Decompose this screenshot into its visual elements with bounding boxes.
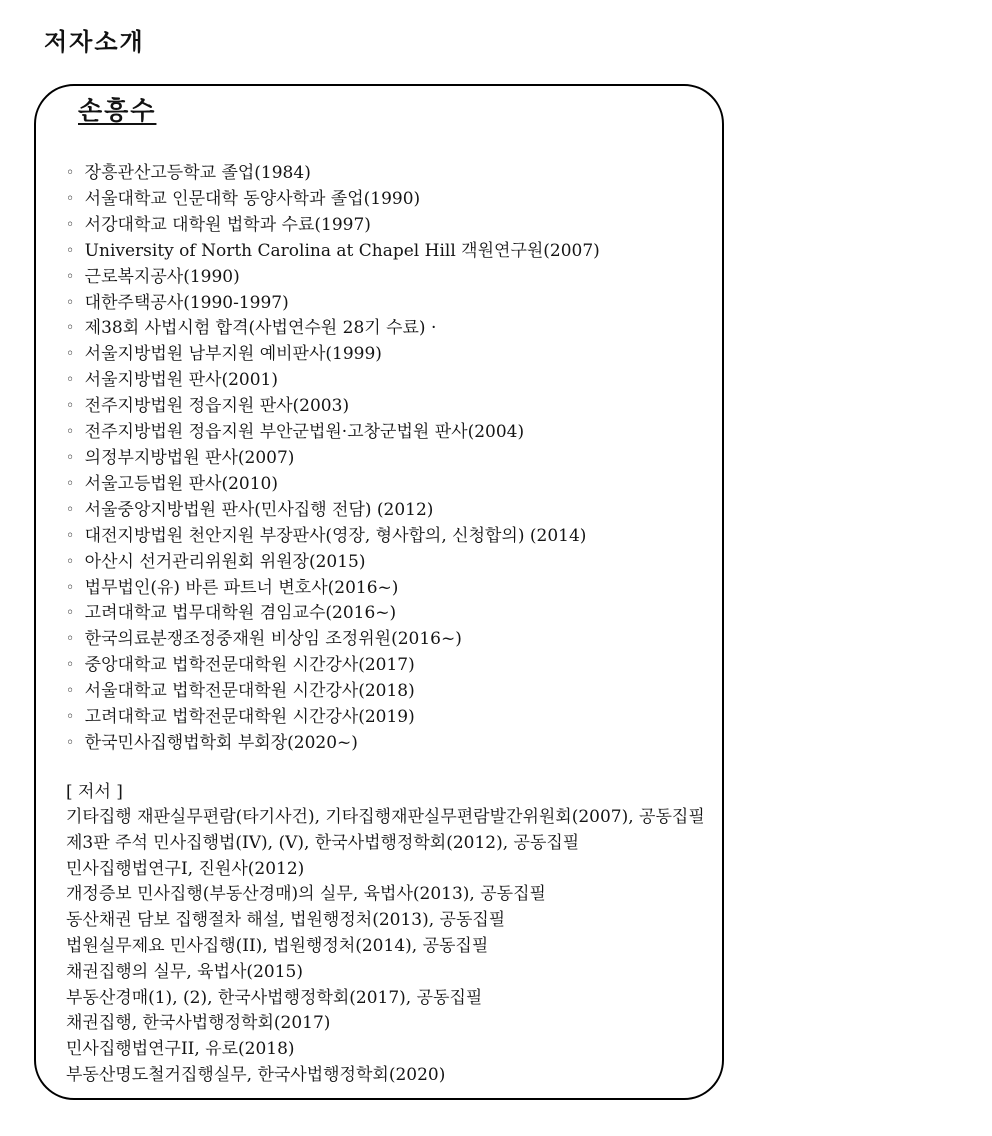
career-item: ◦ 서울중앙지방법원 판사(민사집행 전담) (2012) bbox=[66, 498, 712, 524]
career-item: ◦ 법무법인(유) 바른 파트너 변호사(2016~) bbox=[66, 576, 712, 602]
career-item: ◦ 고려대학교 법무대학원 겸임교수(2016~) bbox=[66, 601, 712, 627]
career-item-text: 아산시 선거관리위원회 위원장(2015) bbox=[85, 552, 366, 572]
book-item: 민사집행법연구II, 유로(2018) bbox=[66, 1037, 712, 1063]
career-item-text: 의정부지방법원 판사(2007) bbox=[85, 448, 295, 468]
book-item: 채권집행, 한국사법행정학회(2017) bbox=[66, 1011, 712, 1037]
career-item: ◦ 서울지방법원 판사(2001) bbox=[66, 368, 712, 394]
career-item-text: University of North Carolina at Chapel H… bbox=[85, 241, 600, 261]
career-item: ◦ 서울대학교 법학전문대학원 시간강사(2018) bbox=[66, 679, 712, 705]
bullet-icon: ◦ bbox=[66, 265, 74, 291]
author-name: 손흥수 bbox=[78, 91, 156, 127]
career-item: ◦ 한국의료분쟁조정중재원 비상임 조정위원(2016~) bbox=[66, 627, 712, 653]
bullet-icon: ◦ bbox=[66, 679, 74, 705]
bullet-icon: ◦ bbox=[66, 576, 74, 602]
bullet-icon: ◦ bbox=[66, 705, 74, 731]
bullet-icon: ◦ bbox=[66, 524, 74, 550]
bullet-icon: ◦ bbox=[66, 187, 74, 213]
career-item: ◦ 근로복지공사(1990) bbox=[66, 265, 712, 291]
bullet-icon: ◦ bbox=[66, 213, 74, 239]
book-item-text: 민사집행법연구I, 진원사(2012) bbox=[66, 859, 304, 879]
book-item: 기타집행 재판실무편람(타기사건), 기타집행재판실무편람발간위원회(2007)… bbox=[66, 805, 712, 831]
book-item-text: 법원실무제요 민사집행(II), 법원행정처(2014), 공동집필 bbox=[66, 936, 488, 956]
career-item-text: 서울대학교 인문대학 동양사학과 졸업(1990) bbox=[85, 189, 421, 209]
career-item: ◦ 서울지방법원 남부지원 예비판사(1999) bbox=[66, 342, 712, 368]
career-item-text: 장흥관산고등학교 졸업(1984) bbox=[85, 163, 311, 183]
career-item: ◦ 서울대학교 인문대학 동양사학과 졸업(1990) bbox=[66, 187, 712, 213]
bullet-icon: ◦ bbox=[66, 161, 74, 187]
career-item: ◦ 고려대학교 법학전문대학원 시간강사(2019) bbox=[66, 705, 712, 731]
career-item: ◦ 중앙대학교 법학전문대학원 시간강사(2017) bbox=[66, 653, 712, 679]
books-section-header: [ 저서 ] bbox=[66, 780, 123, 805]
bullet-icon: ◦ bbox=[66, 368, 74, 394]
career-item-text: 서강대학교 대학원 법학과 수료(1997) bbox=[85, 215, 371, 235]
page-title: 저자소개 bbox=[44, 22, 145, 57]
book-item-text: 제3판 주석 민사집행법(IV), (V), 한국사법행정학회(2012), 공… bbox=[66, 833, 579, 853]
career-item: ◦ 전주지방법원 정읍지원 판사(2003) bbox=[66, 394, 712, 420]
bullet-icon: ◦ bbox=[66, 498, 74, 524]
career-item-text: 서울대학교 법학전문대학원 시간강사(2018) bbox=[85, 681, 415, 701]
career-item-text: 한국민사집행법학회 부회장(2020~) bbox=[85, 733, 358, 753]
books-list: 기타집행 재판실무편람(타기사건), 기타집행재판실무편람발간위원회(2007)… bbox=[66, 805, 712, 1089]
book-item-text: 부동산명도철거집행실무, 한국사법행정학회(2020) bbox=[66, 1065, 445, 1085]
bullet-icon: ◦ bbox=[66, 291, 74, 317]
bullet-icon: ◦ bbox=[66, 342, 74, 368]
career-list: ◦ 장흥관산고등학교 졸업(1984) ◦ 서울대학교 인문대학 동양사학과 졸… bbox=[66, 161, 712, 757]
career-item-text: 근로복지공사(1990) bbox=[85, 267, 240, 287]
bullet-icon: ◦ bbox=[66, 316, 74, 342]
career-item-text: 서울중앙지방법원 판사(민사집행 전담) (2012) bbox=[85, 500, 434, 520]
bullet-icon: ◦ bbox=[66, 731, 74, 757]
career-item: ◦ 장흥관산고등학교 졸업(1984) bbox=[66, 161, 712, 187]
career-item: ◦ 대전지방법원 천안지원 부장판사(영장, 형사합의, 신청합의) (2014… bbox=[66, 524, 712, 550]
document-page: 저자소개 손흥수 ◦ 장흥관산고등학교 졸업(1984) ◦ 서울대학교 인문대… bbox=[0, 0, 992, 1136]
career-item-text: 고려대학교 법무대학원 겸임교수(2016~) bbox=[85, 603, 397, 623]
career-item: ◦ 의정부지방법원 판사(2007) bbox=[66, 446, 712, 472]
book-item-text: 채권집행의 실무, 육법사(2015) bbox=[66, 962, 303, 982]
career-item: ◦ 아산시 선거관리위원회 위원장(2015) bbox=[66, 550, 712, 576]
bullet-icon: ◦ bbox=[66, 550, 74, 576]
bullet-icon: ◦ bbox=[66, 239, 74, 265]
book-item: 법원실무제요 민사집행(II), 법원행정처(2014), 공동집필 bbox=[66, 934, 712, 960]
book-item-text: 민사집행법연구II, 유로(2018) bbox=[66, 1039, 295, 1059]
book-item: 부동산경매(1), (2), 한국사법행정학회(2017), 공동집필 bbox=[66, 986, 712, 1012]
bullet-icon: ◦ bbox=[66, 394, 74, 420]
career-item: ◦ 전주지방법원 정읍지원 부안군법원·고창군법원 판사(2004) bbox=[66, 420, 712, 446]
bullet-icon: ◦ bbox=[66, 601, 74, 627]
bullet-icon: ◦ bbox=[66, 446, 74, 472]
book-item: 민사집행법연구I, 진원사(2012) bbox=[66, 857, 712, 883]
book-item: 채권집행의 실무, 육법사(2015) bbox=[66, 960, 712, 986]
bullet-icon: ◦ bbox=[66, 472, 74, 498]
career-item-text: 전주지방법원 정읍지원 부안군법원·고창군법원 판사(2004) bbox=[85, 422, 524, 442]
bullet-icon: ◦ bbox=[66, 653, 74, 679]
career-item-text: 중앙대학교 법학전문대학원 시간강사(2017) bbox=[85, 655, 415, 675]
bullet-icon: ◦ bbox=[66, 420, 74, 446]
career-item-text: 법무법인(유) 바른 파트너 변호사(2016~) bbox=[85, 578, 399, 598]
book-item: 부동산명도철거집행실무, 한국사법행정학회(2020) bbox=[66, 1063, 712, 1089]
career-item-text: 서울지방법원 판사(2001) bbox=[85, 370, 278, 390]
career-item-text: 서울지방법원 남부지원 예비판사(1999) bbox=[85, 344, 382, 364]
career-item-text: 전주지방법원 정읍지원 판사(2003) bbox=[85, 396, 349, 416]
career-item: ◦ University of North Carolina at Chapel… bbox=[66, 239, 712, 265]
author-box: 손흥수 ◦ 장흥관산고등학교 졸업(1984) ◦ 서울대학교 인문대학 동양사… bbox=[34, 84, 724, 1100]
book-item: 동산채권 담보 집행절차 해설, 법원행정처(2013), 공동집필 bbox=[66, 908, 712, 934]
career-item-text: 서울고등법원 판사(2010) bbox=[85, 474, 278, 494]
career-item: ◦ 대한주택공사(1990-1997) bbox=[66, 291, 712, 317]
book-item-text: 부동산경매(1), (2), 한국사법행정학회(2017), 공동집필 bbox=[66, 988, 482, 1008]
career-item-text: 제38회 사법시험 합격(사법연수원 28기 수료) · bbox=[85, 318, 437, 338]
book-item: 제3판 주석 민사집행법(IV), (V), 한국사법행정학회(2012), 공… bbox=[66, 831, 712, 857]
career-item: ◦ 서울고등법원 판사(2010) bbox=[66, 472, 712, 498]
book-item-text: 개정증보 민사집행(부동산경매)의 실무, 육법사(2013), 공동집필 bbox=[66, 884, 546, 904]
career-item-text: 한국의료분쟁조정중재원 비상임 조정위원(2016~) bbox=[85, 629, 462, 649]
career-item: ◦ 서강대학교 대학원 법학과 수료(1997) bbox=[66, 213, 712, 239]
career-item: ◦ 한국민사집행법학회 부회장(2020~) bbox=[66, 731, 712, 757]
book-item-text: 동산채권 담보 집행절차 해설, 법원행정처(2013), 공동집필 bbox=[66, 910, 505, 930]
book-item-text: 기타집행 재판실무편람(타기사건), 기타집행재판실무편람발간위원회(2007)… bbox=[66, 807, 705, 827]
career-item-text: 대전지방법원 천안지원 부장판사(영장, 형사합의, 신청합의) (2014) bbox=[85, 526, 587, 546]
career-item-text: 대한주택공사(1990-1997) bbox=[85, 293, 289, 313]
career-item-text: 고려대학교 법학전문대학원 시간강사(2019) bbox=[85, 707, 415, 727]
bullet-icon: ◦ bbox=[66, 627, 74, 653]
book-item-text: 채권집행, 한국사법행정학회(2017) bbox=[66, 1013, 330, 1033]
career-item: ◦ 제38회 사법시험 합격(사법연수원 28기 수료) · bbox=[66, 316, 712, 342]
book-item: 개정증보 민사집행(부동산경매)의 실무, 육법사(2013), 공동집필 bbox=[66, 882, 712, 908]
